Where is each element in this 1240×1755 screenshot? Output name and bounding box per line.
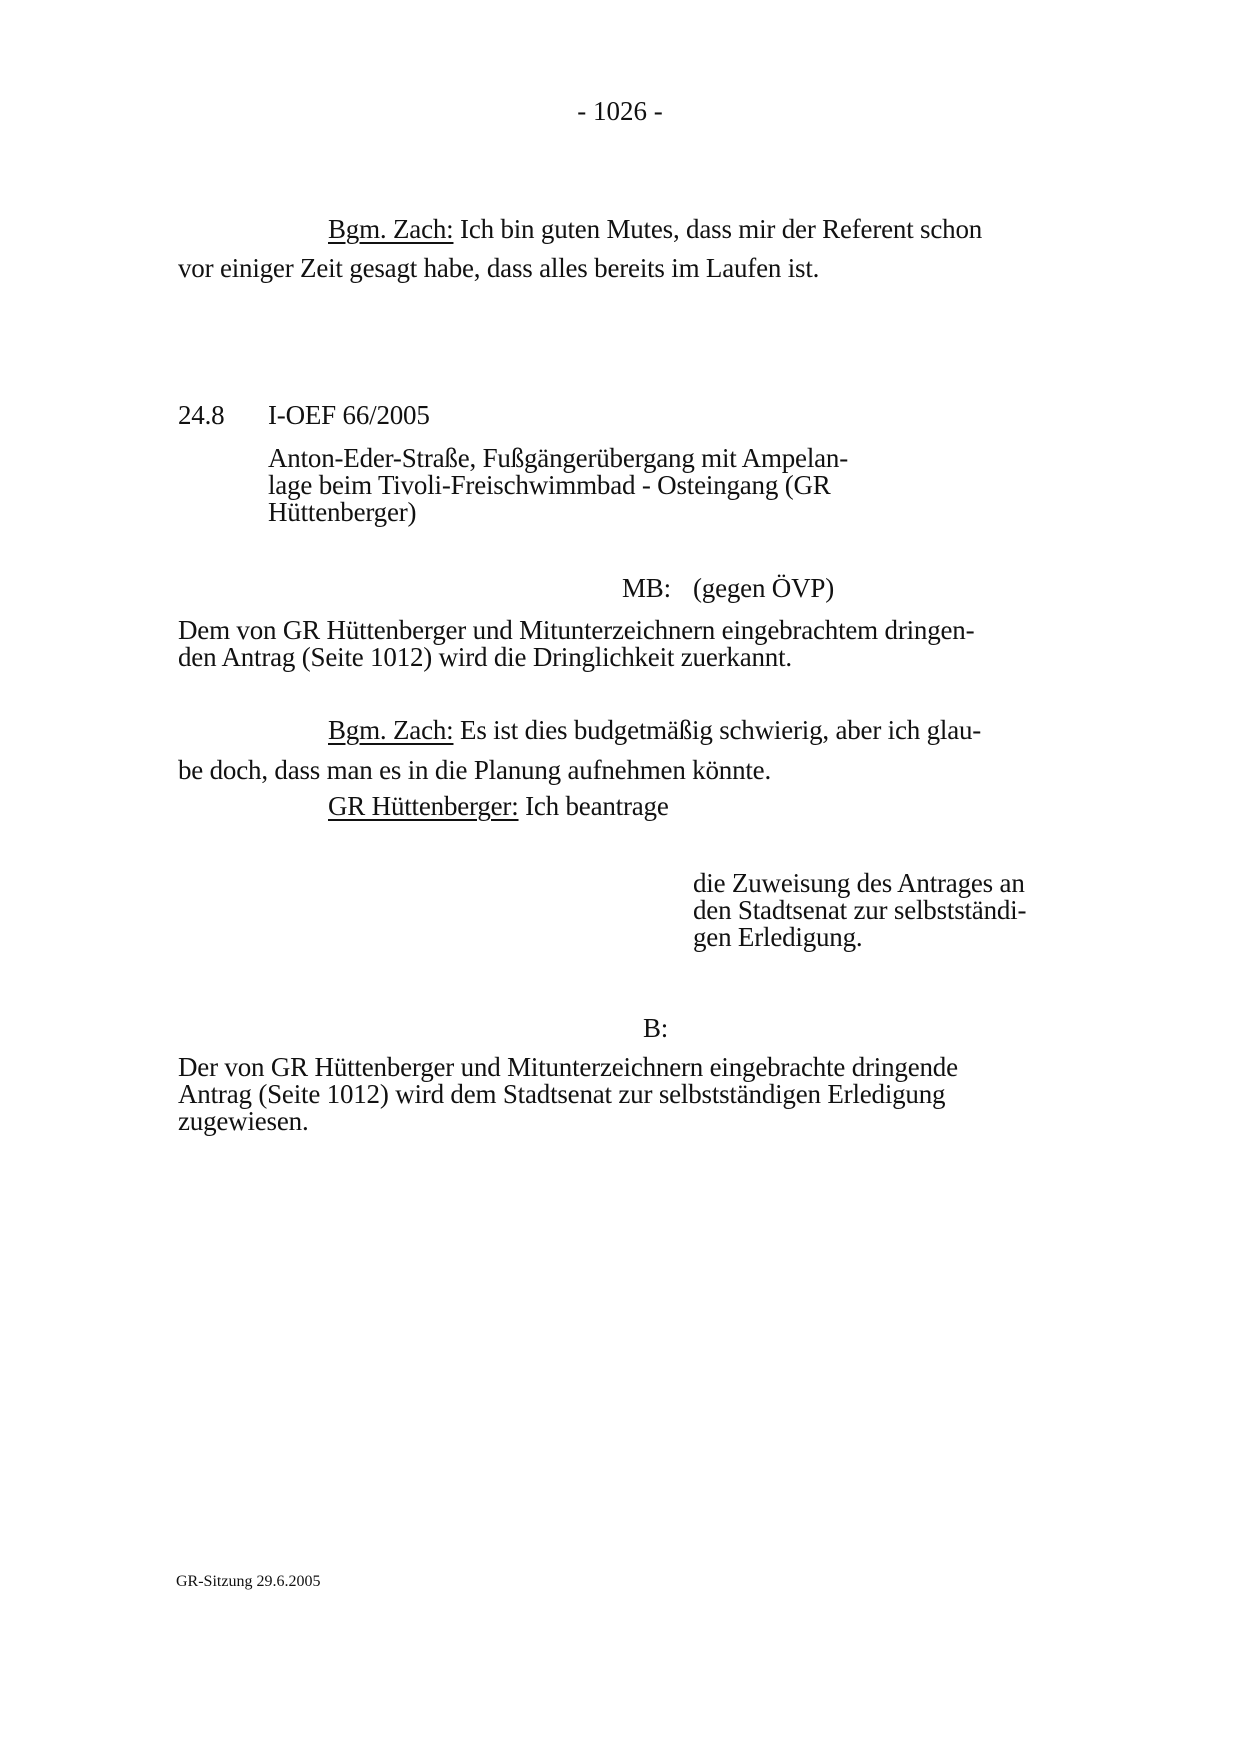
speaker-label: GR Hüttenberger: <box>328 791 519 821</box>
resolution-b-text-line: zugewiesen. <box>178 1108 309 1135</box>
statement-text: Es ist dies budgetmäßig schwierig, aber … <box>453 715 981 745</box>
statement-gr-huettenberger: GR Hüttenberger: Ich beantrage <box>328 793 669 820</box>
item-reference: I-OEF 66/2005 <box>268 402 430 429</box>
statement-bgm-zach-1-line2: vor einiger Zeit gesagt habe, dass alles… <box>178 255 819 282</box>
resolution-mb-note: (gegen ÖVP) <box>693 575 834 602</box>
statement-bgm-zach-2-line1: Bgm. Zach: Es ist dies budgetmäßig schwi… <box>328 717 981 744</box>
motion-text-line: die Zuweisung des Antrages an <box>693 870 1025 897</box>
document-page: - 1026 - Bgm. Zach: Ich bin guten Mutes,… <box>0 0 1240 1755</box>
resolution-b-text-line: Antrag (Seite 1012) wird dem Stadtsenat … <box>178 1081 945 1108</box>
item-description-line: lage beim Tivoli-Freischwimmbad - Ostein… <box>268 472 831 499</box>
motion-text-line: den Stadtsenat zur selbstständi- <box>693 897 1026 924</box>
resolution-mb-text-line: den Antrag (Seite 1012) wird die Dringli… <box>178 644 792 671</box>
resolution-b-text-line: Der von GR Hüttenberger und Mitunterzeic… <box>178 1054 958 1081</box>
resolution-b-label: B: <box>643 1015 668 1042</box>
footer-session-date: GR-Sitzung 29.6.2005 <box>176 1574 320 1590</box>
page-number: - 1026 - <box>0 98 1240 125</box>
statement-text: Ich bin guten Mutes, dass mir der Refere… <box>453 214 982 244</box>
resolution-mb-label: MB: <box>622 575 671 602</box>
item-description-line: Anton-Eder-Straße, Fußgängerübergang mit… <box>268 445 848 472</box>
speaker-label: Bgm. Zach: <box>328 715 453 745</box>
resolution-mb-text-line: Dem von GR Hüttenberger und Mitunterzeic… <box>178 617 974 644</box>
statement-text: Ich beantrage <box>519 791 669 821</box>
motion-text-line: gen Erledigung. <box>693 924 862 951</box>
item-number: 24.8 <box>178 402 224 429</box>
statement-bgm-zach-1-line1: Bgm. Zach: Ich bin guten Mutes, dass mir… <box>328 216 982 243</box>
item-description-line: Hüttenberger) <box>268 499 416 526</box>
speaker-label: Bgm. Zach: <box>328 214 453 244</box>
statement-bgm-zach-2-line2: be doch, dass man es in die Planung aufn… <box>178 757 771 784</box>
